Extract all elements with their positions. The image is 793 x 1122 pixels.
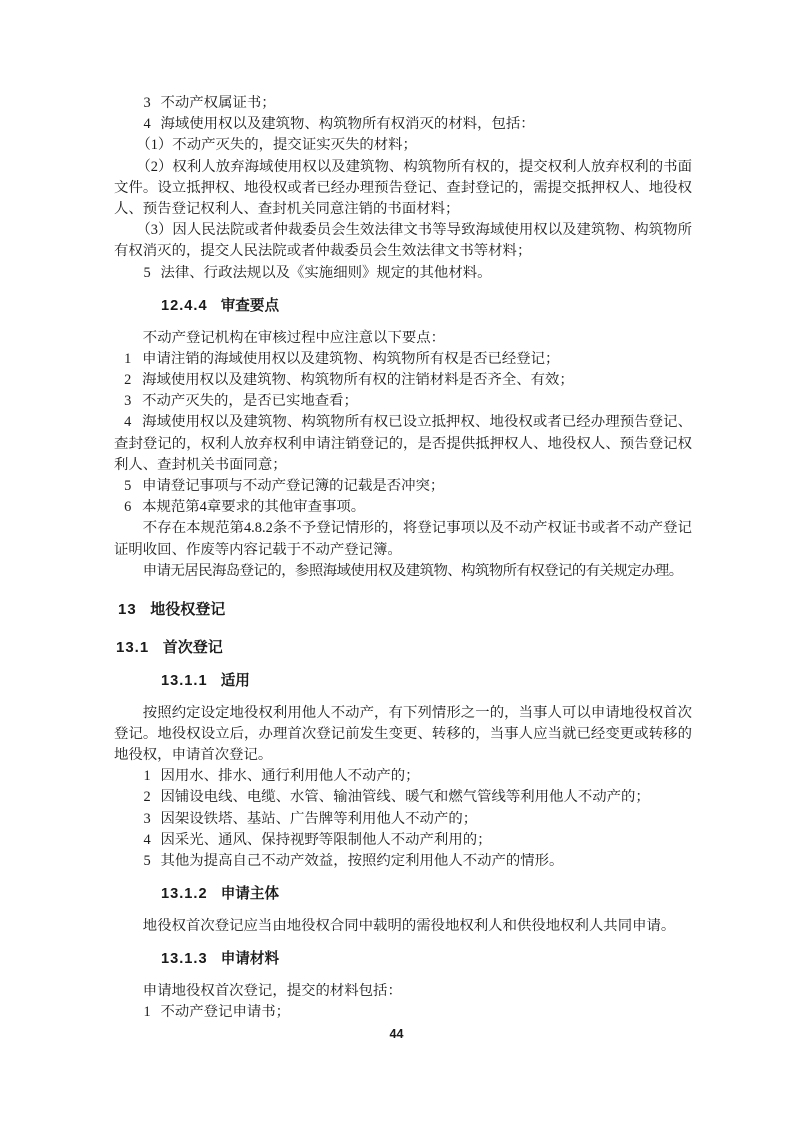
item-text: 本规范第4章要求的其他审查事项。 [142, 499, 365, 515]
heading-number: 12.4.4 [161, 298, 208, 314]
item-text: 因人民法院或者仲裁委员会生效法律文书等导致海域使用权以及建筑物、构筑物所有权消灭… [114, 222, 692, 259]
paragraph: 申请无居民海岛登记的，参照海域使用权及建筑物、构筑物所有权登记的有关规定办理。 [114, 561, 692, 582]
heading-title: 审查要点 [221, 298, 279, 314]
item-text: 权利人放弃海域使用权以及建筑物、构筑物所有权的，提交权利人放弃权利的书面文件。设… [114, 159, 692, 217]
heading-number: 13 [118, 601, 137, 618]
section-heading-13-1-2: 13.1.2申请主体 [114, 884, 692, 906]
heading-title: 申请材料 [221, 951, 279, 967]
list-item: 6本规范第4章要求的其他审查事项。 [114, 497, 692, 518]
item-text: 不动产灭失的，是否已实地查看； [142, 393, 358, 409]
item-number: 2 [124, 372, 131, 388]
item-text: 海域使用权以及建筑物、构筑物所有权已设立抵押权、地役权或者已经办理预告登记、查封… [114, 414, 692, 472]
list-item: 5其他为提高自己不动产效益，按照约定利用他人不动产的情形。 [114, 851, 692, 872]
item-number: 4 [144, 832, 151, 848]
item-number: 6 [124, 499, 131, 515]
list-item: 5法律、行政法规以及《实施细则》规定的其他材料。 [114, 263, 692, 284]
item-number: 1 [124, 351, 131, 367]
heading-number: 13.1.3 [161, 951, 208, 967]
item-text: 申请注销的海域使用权以及建筑物、构筑物所有权是否已经登记； [142, 351, 559, 367]
paragraph: 申请地役权首次登记，提交的材料包括： [114, 981, 692, 1002]
paragraph: 地役权首次登记应当由地役权合同中载明的需役地权利人和供役地权利人共同申请。 [114, 916, 692, 937]
item-number: 5 [144, 265, 151, 281]
list-item: （3）因人民法院或者仲裁委员会生效法律文书等导致海域使用权以及建筑物、构筑物所有… [114, 220, 692, 262]
list-item: 1申请注销的海域使用权以及建筑物、构筑物所有权是否已经登记； [114, 349, 692, 370]
item-number: 1 [144, 768, 151, 784]
item-number: 2 [144, 789, 151, 805]
item-number: 3 [144, 811, 151, 827]
paragraph: 按照约定设定地役权利用他人不动产，有下列情形之一的，当事人可以申请地役权首次登记… [114, 703, 692, 767]
item-text: 申请登记事项与不动产登记簿的记载是否冲突； [142, 478, 444, 494]
item-text: 因用水、排水、通行利用他人不动产的； [161, 768, 420, 784]
section-13-1-1: 13.1.1适用 按照约定设定地役权利用他人不动产，有下列情形之一的，当事人可以… [114, 671, 692, 872]
heading-title: 适用 [221, 673, 250, 689]
item-number: 1 [144, 1004, 151, 1020]
section-heading-13-1-1: 13.1.1适用 [114, 671, 692, 693]
section-heading-13: 13地役权登记 [114, 599, 692, 621]
list-item: 3不动产权属证书； [114, 93, 692, 114]
list-item: 2海域使用权以及建筑物、构筑物所有权的注销材料是否齐全、有效； [114, 370, 692, 391]
item-text: 不动产灭失的，提交证实灭失的材料； [172, 137, 417, 153]
item-number: 5 [124, 478, 131, 494]
section-12-4-4: 12.4.4审查要点 不动产登记机构在审核过程中应注意以下要点： 1申请注销的海… [114, 296, 692, 582]
list-item: 5申请登记事项与不动产登记簿的记载是否冲突； [114, 476, 692, 497]
heading-number: 13.1.1 [161, 673, 208, 689]
list-item: （1）不动产灭失的，提交证实灭失的材料； [114, 135, 692, 156]
paragraph: 不动产登记机构在审核过程中应注意以下要点： [114, 328, 692, 349]
page-number: 44 [0, 1024, 793, 1045]
list-item: 1因用水、排水、通行利用他人不动产的； [114, 766, 692, 787]
list-item: 4海域使用权以及建筑物、构筑物所有权消灭的材料，包括： [114, 114, 692, 135]
item-number: 4 [124, 414, 131, 430]
heading-number: 13.1 [116, 639, 149, 656]
list-item: 2因铺设电线、电缆、水管、输油管线、暖气和燃气管线等利用他人不动产的； [114, 787, 692, 808]
list-item: 4因采光、通风、保持视野等限制他人不动产利用的； [114, 830, 692, 851]
item-text: 海域使用权以及建筑物、构筑物所有权消灭的材料，包括： [161, 116, 535, 132]
section-13-1-2: 13.1.2申请主体 地役权首次登记应当由地役权合同中载明的需役地权利人和供役地… [114, 884, 692, 937]
section-heading-12-4-4: 12.4.4审查要点 [114, 296, 692, 318]
item-number: 3 [144, 95, 151, 111]
list-item: 4海域使用权以及建筑物、构筑物所有权已设立抵押权、地役权或者已经办理预告登记、查… [114, 412, 692, 476]
heading-title: 申请主体 [221, 886, 279, 902]
item-number: 3 [124, 393, 131, 409]
section-heading-13-1: 13.1首次登记 [114, 637, 692, 659]
item-number: （3） [136, 222, 172, 238]
item-number: （1） [136, 137, 172, 153]
item-number: 4 [144, 116, 151, 132]
document-page: 3不动产权属证书； 4海域使用权以及建筑物、构筑物所有权消灭的材料，包括： （1… [0, 0, 793, 1122]
section-13-1-3: 13.1.3申请材料 申请地役权首次登记，提交的材料包括： 1不动产登记申请书； [114, 949, 692, 1023]
heading-title: 地役权登记 [150, 601, 225, 618]
heading-number: 13.1.2 [161, 886, 208, 902]
list-item: 3因架设铁塔、基站、广告牌等利用他人不动产的； [114, 809, 692, 830]
carryover-materials-list: 3不动产权属证书； 4海域使用权以及建筑物、构筑物所有权消灭的材料，包括： （1… [114, 93, 692, 284]
item-text: 因架设铁塔、基站、广告牌等利用他人不动产的； [161, 811, 478, 827]
item-text: 因采光、通风、保持视野等限制他人不动产利用的； [161, 832, 492, 848]
section-heading-13-1-3: 13.1.3申请材料 [114, 949, 692, 971]
item-number: （2） [136, 159, 172, 175]
item-text: 其他为提高自己不动产效益，按照约定利用他人不动产的情形。 [161, 853, 564, 869]
list-item: （2）权利人放弃海域使用权以及建筑物、构筑物所有权的，提交权利人放弃权利的书面文… [114, 157, 692, 221]
item-number: 5 [144, 853, 151, 869]
item-text: 不动产权属证书； [161, 95, 276, 111]
list-item: 1不动产登记申请书； [114, 1002, 692, 1023]
item-text: 法律、行政法规以及《实施细则》规定的其他材料。 [161, 265, 492, 281]
item-text: 因铺设电线、电缆、水管、输油管线、暖气和燃气管线等利用他人不动产的； [161, 789, 650, 805]
list-item: 3不动产灭失的，是否已实地查看； [114, 391, 692, 412]
item-text: 海域使用权以及建筑物、构筑物所有权的注销材料是否齐全、有效； [142, 372, 574, 388]
paragraph: 不存在本规范第4.8.2条不予登记情形的，将登记事项以及不动产权证书或者不动产登… [114, 518, 692, 560]
heading-title: 首次登记 [163, 639, 223, 656]
item-text: 不动产登记申请书； [161, 1004, 291, 1020]
